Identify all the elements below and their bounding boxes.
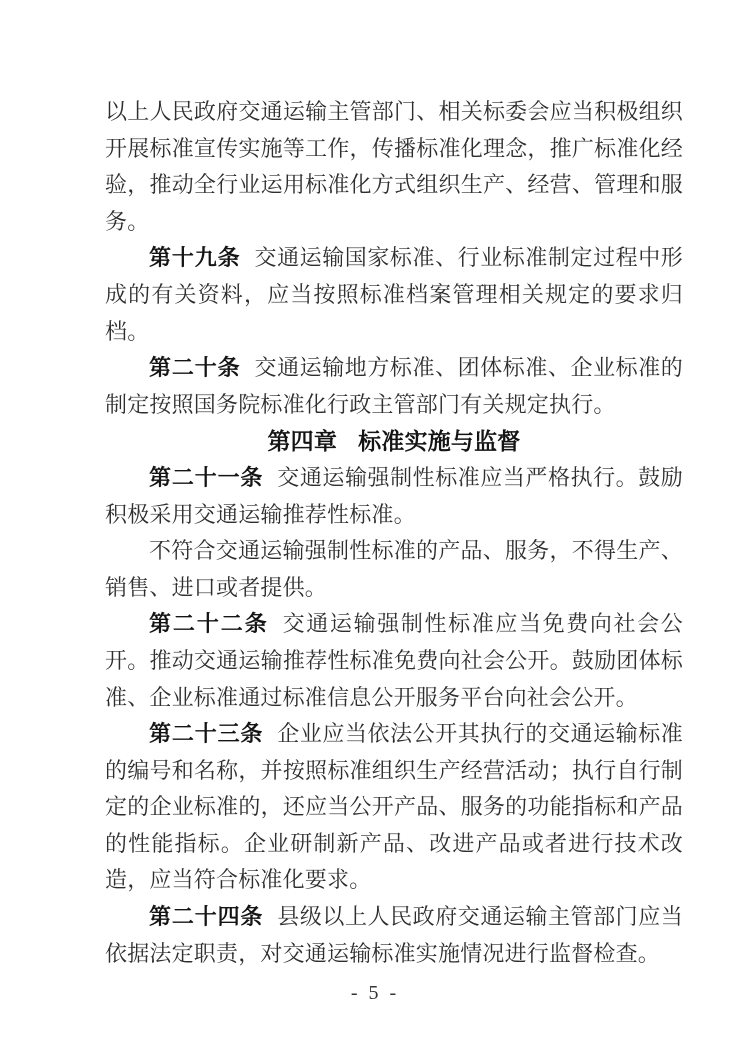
article-23-label: 第二十三条 bbox=[149, 721, 263, 746]
article-21-label: 第二十一条 bbox=[149, 465, 263, 490]
article-23: 第二十三条企业应当依法公开其执行的交通运输标准的编号和名称，并按照标准组织生产经… bbox=[105, 716, 683, 899]
paragraph-text: 以上人民政府交通运输主管部门、相关标委会应当积极组织开展标准宣传实施等工作，传播… bbox=[105, 99, 683, 234]
chapter-heading: 第四章标准实施与监督 bbox=[105, 423, 683, 460]
article-20: 第二十条交通运输地方标准、团体标准、企业标准的制定按照国务院标准化行政主管部门有… bbox=[105, 350, 683, 423]
article-19-label: 第十九条 bbox=[149, 245, 241, 270]
paragraph-continuation: 以上人民政府交通运输主管部门、相关标委会应当积极组织开展标准宣传实施等工作，传播… bbox=[105, 94, 683, 240]
paragraph-text: 不符合交通运输强制性标准的产品、服务，不得生产、销售、进口或者提供。 bbox=[105, 538, 683, 600]
article-23-text: 企业应当依法公开其执行的交通运输标准的编号和名称，并按照标准组织生产经营活动；执… bbox=[105, 721, 683, 892]
page-number: - 5 - bbox=[0, 981, 750, 1005]
chapter-number: 第四章 bbox=[267, 428, 337, 454]
article-21-paragraph-2: 不符合交通运输强制性标准的产品、服务，不得生产、销售、进口或者提供。 bbox=[105, 533, 683, 606]
article-22: 第二十二条交通运输强制性标准应当免费向社会公开。推动交通运输推荐性标准免费向社会… bbox=[105, 606, 683, 716]
document-page: 以上人民政府交通运输主管部门、相关标委会应当积极组织开展标准宣传实施等工作，传播… bbox=[0, 0, 750, 1060]
document-body: 以上人民政府交通运输主管部门、相关标委会应当积极组织开展标准宣传实施等工作，传播… bbox=[105, 94, 683, 972]
article-20-label: 第二十条 bbox=[149, 355, 241, 380]
article-19: 第十九条交通运输国家标准、行业标准制定过程中形成的有关资料，应当按照标准档案管理… bbox=[105, 240, 683, 350]
chapter-title: 标准实施与监督 bbox=[358, 428, 520, 454]
article-22-label: 第二十二条 bbox=[149, 611, 269, 636]
article-24-label: 第二十四条 bbox=[149, 904, 263, 929]
article-24: 第二十四条县级以上人民政府交通运输主管部门应当依据法定职责，对交通运输标准实施情… bbox=[105, 899, 683, 972]
article-21: 第二十一条交通运输强制性标准应当严格执行。鼓励积极采用交通运输推荐性标准。 bbox=[105, 460, 683, 533]
